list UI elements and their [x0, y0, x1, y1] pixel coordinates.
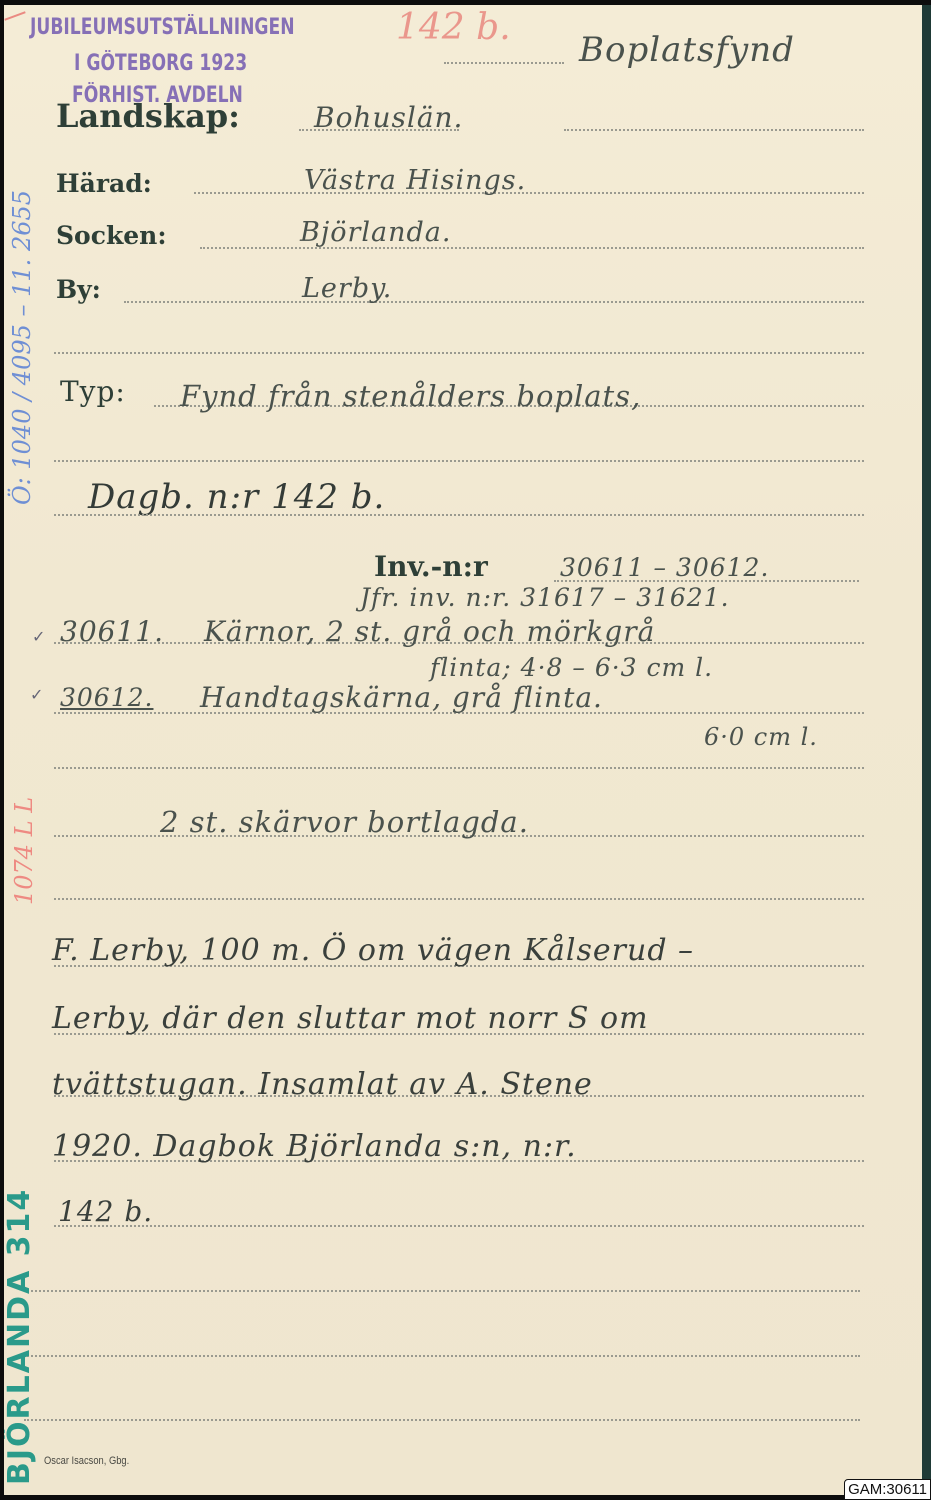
dotted-line	[54, 352, 864, 354]
inventory-cross-reference: Jfr. inv. n:r. 31617 – 31621.	[360, 583, 730, 612]
description-line-2: Lerby, där den sluttar mot norr S om	[52, 1001, 649, 1036]
by-label: By:	[56, 275, 101, 304]
dotted-line	[564, 129, 864, 131]
dotted-line	[54, 898, 864, 900]
landskap-label: Landskap:	[56, 97, 240, 135]
printer-credit: Oscar Isacson, Gbg.	[44, 1455, 129, 1467]
catalog-id-label: GAM:30611	[844, 1479, 931, 1500]
description-line-1: F. Lerby, 100 m. Ö om vägen Kålserud –	[52, 933, 694, 968]
dagbok-reference: Dagb. n:r 142 b.	[88, 477, 385, 517]
stamp-line-2: I GÖTEBORG 1923	[74, 53, 247, 75]
description-line-5: 142 b.	[58, 1195, 153, 1228]
margin-note-green: BJÖRLANDA 314	[4, 1188, 37, 1485]
socken-label: Socken:	[56, 221, 167, 250]
harad-label: Härad:	[56, 169, 152, 198]
item-2-description: Handtagskärna, grå flinta.	[200, 681, 603, 714]
category-value: Boplatsfynd	[579, 30, 795, 70]
red-annotation: 142 b.	[396, 7, 511, 48]
dotted-line	[54, 767, 864, 769]
dotted-line	[194, 192, 864, 194]
dotted-line	[54, 514, 864, 516]
dotted-line	[24, 1355, 860, 1357]
item-1-description: Kärnor, 2 st. grå och mörkgrå	[204, 615, 655, 648]
item-1-number: 30611.	[60, 615, 164, 648]
description-line-3: tvättstugan. Insamlat av A. Stene	[52, 1067, 593, 1102]
dotted-line	[24, 1290, 860, 1292]
catalog-card: JUBILEUMSUTSTÄLLNINGEN I GÖTEBORG 1923 F…	[4, 5, 922, 1495]
inventory-label: Inv.-n:r	[374, 550, 488, 583]
dotted-line	[54, 1225, 864, 1227]
dotted-line	[54, 460, 864, 462]
dotted-line	[124, 301, 864, 303]
inventory-value: 30611 – 30612.	[560, 553, 769, 582]
item-2-dimensions: 6·0 cm l.	[704, 723, 818, 751]
red-corner-mark	[4, 11, 25, 20]
discarded-note: 2 st. skärvor bortlagda.	[160, 805, 529, 839]
socken-value: Björlanda.	[300, 217, 451, 248]
item-2-number: 30612.	[60, 683, 153, 712]
by-value: Lerby.	[302, 273, 392, 304]
margin-note-red: 1074 L L	[10, 797, 38, 905]
margin-note-blue: Ö: 1040 / 4095 – 11. 2655	[8, 190, 36, 505]
item-1-dimensions: flinta; 4·8 – 6·3 cm l.	[430, 653, 713, 682]
checkmark-icon: ✓	[32, 627, 45, 646]
stamp-line-1: JUBILEUMSUTSTÄLLNINGEN	[30, 17, 295, 39]
typ-value: Fynd från stenålders boplats,	[180, 379, 641, 413]
card-edge	[922, 5, 931, 1500]
dotted-line	[444, 62, 564, 64]
dotted-line	[24, 1419, 860, 1421]
typ-label: Typ:	[60, 375, 126, 408]
checkmark-icon: ✓	[30, 685, 43, 704]
landskap-value: Bohuslän.	[314, 101, 463, 134]
description-line-4: 1920. Dagbok Björlanda s:n, n:r.	[52, 1129, 577, 1164]
harad-value: Västra Hisings.	[304, 165, 526, 196]
